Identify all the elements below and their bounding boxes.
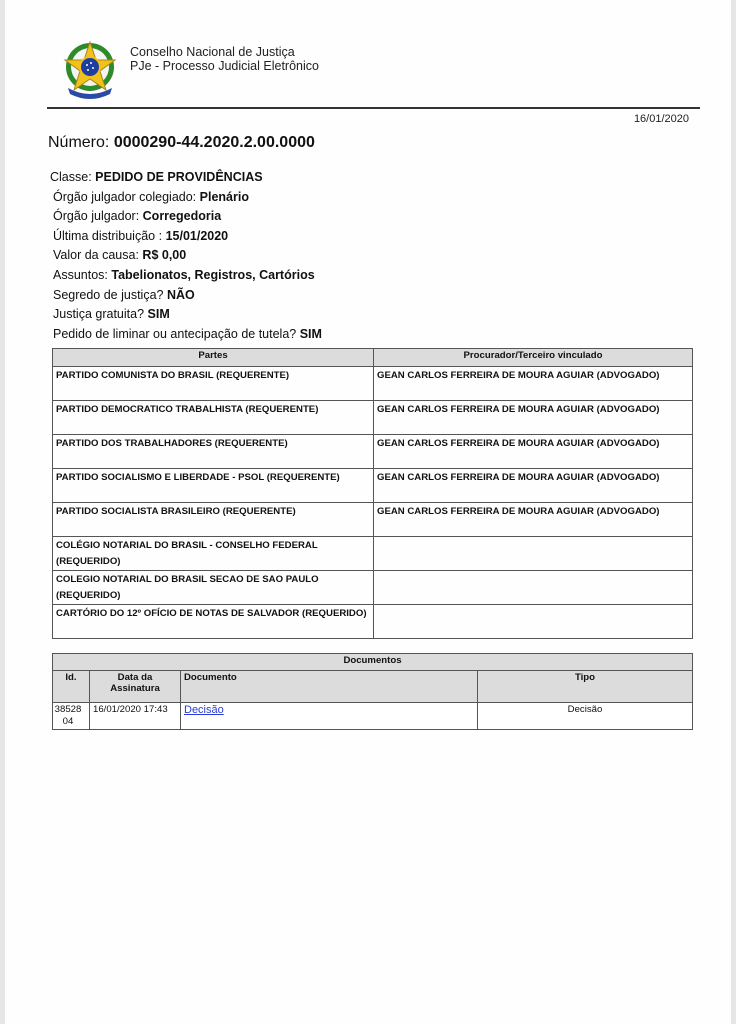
documentos-table: Documentos Id. Data da Assinatura Docume… bbox=[52, 653, 693, 730]
parte-cell: PARTIDO DEMOCRATICO TRABALHISTA (REQUERE… bbox=[53, 401, 374, 435]
procurador-cell: GEAN CARLOS FERREIRA DE MOURA AGUIAR (AD… bbox=[374, 469, 693, 503]
procurador-cell bbox=[374, 537, 693, 571]
org-line-1: Conselho Nacional de Justiça bbox=[130, 45, 319, 59]
parte-cell: PARTIDO DOS TRABALHADORES (REQUERENTE) bbox=[53, 435, 374, 469]
header-divider bbox=[47, 107, 700, 109]
table-row: COLEGIO NOTARIAL DO BRASIL SECAO DE SAO … bbox=[53, 571, 693, 605]
data-assinatura-header: Data da Assinatura bbox=[90, 671, 181, 703]
document-link[interactable]: Decisão bbox=[184, 704, 224, 716]
field-orgao-colegiado: Órgão julgador colegiado: Plenário bbox=[50, 188, 322, 208]
document-date: 16/01/2020 17:43 bbox=[90, 703, 181, 730]
field-orgao-julgador: Órgão julgador: Corregedoria bbox=[50, 207, 322, 227]
brazil-coat-of-arms-icon bbox=[60, 38, 120, 102]
procurador-cell: GEAN CARLOS FERREIRA DE MOURA AGUIAR (AD… bbox=[374, 503, 693, 537]
parte-cell: COLÉGIO NOTARIAL DO BRASIL - CONSELHO FE… bbox=[53, 537, 374, 571]
print-date: 16/01/2020 bbox=[634, 113, 689, 125]
field-classe: Classe: PEDIDO DE PROVIDÊNCIAS bbox=[50, 168, 322, 188]
table-row: 3852804 16/01/2020 17:43 Decisão Decisão bbox=[53, 703, 693, 730]
table-row: PARTIDO SOCIALISTA BRASILEIRO (REQUERENT… bbox=[53, 503, 693, 537]
documento-header: Documento bbox=[181, 671, 478, 703]
parte-cell: CARTÓRIO DO 12º OFÍCIO DE NOTAS DE SALVA… bbox=[53, 605, 374, 639]
procurador-header: Procurador/Terceiro vinculado bbox=[374, 349, 693, 367]
table-row: PARTIDO COMUNISTA DO BRASIL (REQUERENTE)… bbox=[53, 367, 693, 401]
procurador-cell bbox=[374, 571, 693, 605]
field-assuntos: Assuntos: Tabelionatos, Registros, Cartó… bbox=[50, 266, 322, 286]
document-page: Conselho Nacional de Justiça PJe - Proce… bbox=[5, 0, 731, 1024]
process-number-label: Número: bbox=[48, 134, 109, 151]
table-row: CARTÓRIO DO 12º OFÍCIO DE NOTAS DE SALVA… bbox=[53, 605, 693, 639]
table-row: PARTIDO DEMOCRATICO TRABALHISTA (REQUERE… bbox=[53, 401, 693, 435]
procurador-cell: GEAN CARLOS FERREIRA DE MOURA AGUIAR (AD… bbox=[374, 435, 693, 469]
document-type: Decisão bbox=[478, 703, 693, 730]
procurador-cell bbox=[374, 605, 693, 639]
parte-cell: PARTIDO COMUNISTA DO BRASIL (REQUERENTE) bbox=[53, 367, 374, 401]
process-number: Número: 0000290-44.2020.2.00.0000 bbox=[48, 134, 315, 152]
document-id: 3852804 bbox=[53, 703, 90, 730]
parte-cell: COLEGIO NOTARIAL DO BRASIL SECAO DE SAO … bbox=[53, 571, 374, 605]
field-justica-gratuita: Justiça gratuita? SIM bbox=[50, 305, 322, 325]
org-line-2: PJe - Processo Judicial Eletrônico bbox=[130, 59, 319, 73]
process-number-value: 0000290-44.2020.2.00.0000 bbox=[114, 134, 315, 151]
id-header: Id. bbox=[53, 671, 90, 703]
document-cell: Decisão bbox=[181, 703, 478, 730]
documentos-title: Documentos bbox=[53, 654, 693, 671]
parte-cell: PARTIDO SOCIALISMO E LIBERDADE - PSOL (R… bbox=[53, 469, 374, 503]
procurador-cell: GEAN CARLOS FERREIRA DE MOURA AGUIAR (AD… bbox=[374, 367, 693, 401]
field-segredo-justica: Segredo de justiça? NÃO bbox=[50, 286, 322, 306]
tipo-header: Tipo bbox=[478, 671, 693, 703]
process-fields: Classe: PEDIDO DE PROVIDÊNCIAS Órgão jul… bbox=[50, 168, 322, 344]
field-ultima-distribuicao: Última distribuição : 15/01/2020 bbox=[50, 227, 322, 247]
table-row: PARTIDO SOCIALISMO E LIBERDADE - PSOL (R… bbox=[53, 469, 693, 503]
procurador-cell: GEAN CARLOS FERREIRA DE MOURA AGUIAR (AD… bbox=[374, 401, 693, 435]
parte-cell: PARTIDO SOCIALISTA BRASILEIRO (REQUERENT… bbox=[53, 503, 374, 537]
field-pedido-liminar: Pedido de liminar ou antecipação de tute… bbox=[50, 325, 322, 345]
table-row: COLÉGIO NOTARIAL DO BRASIL - CONSELHO FE… bbox=[53, 537, 693, 571]
partes-table: Partes Procurador/Terceiro vinculado PAR… bbox=[52, 348, 693, 639]
field-valor-causa: Valor da causa: R$ 0,00 bbox=[50, 246, 322, 266]
table-row: PARTIDO DOS TRABALHADORES (REQUERENTE)GE… bbox=[53, 435, 693, 469]
organization-name: Conselho Nacional de Justiça PJe - Proce… bbox=[130, 45, 319, 73]
partes-header: Partes bbox=[53, 349, 374, 367]
